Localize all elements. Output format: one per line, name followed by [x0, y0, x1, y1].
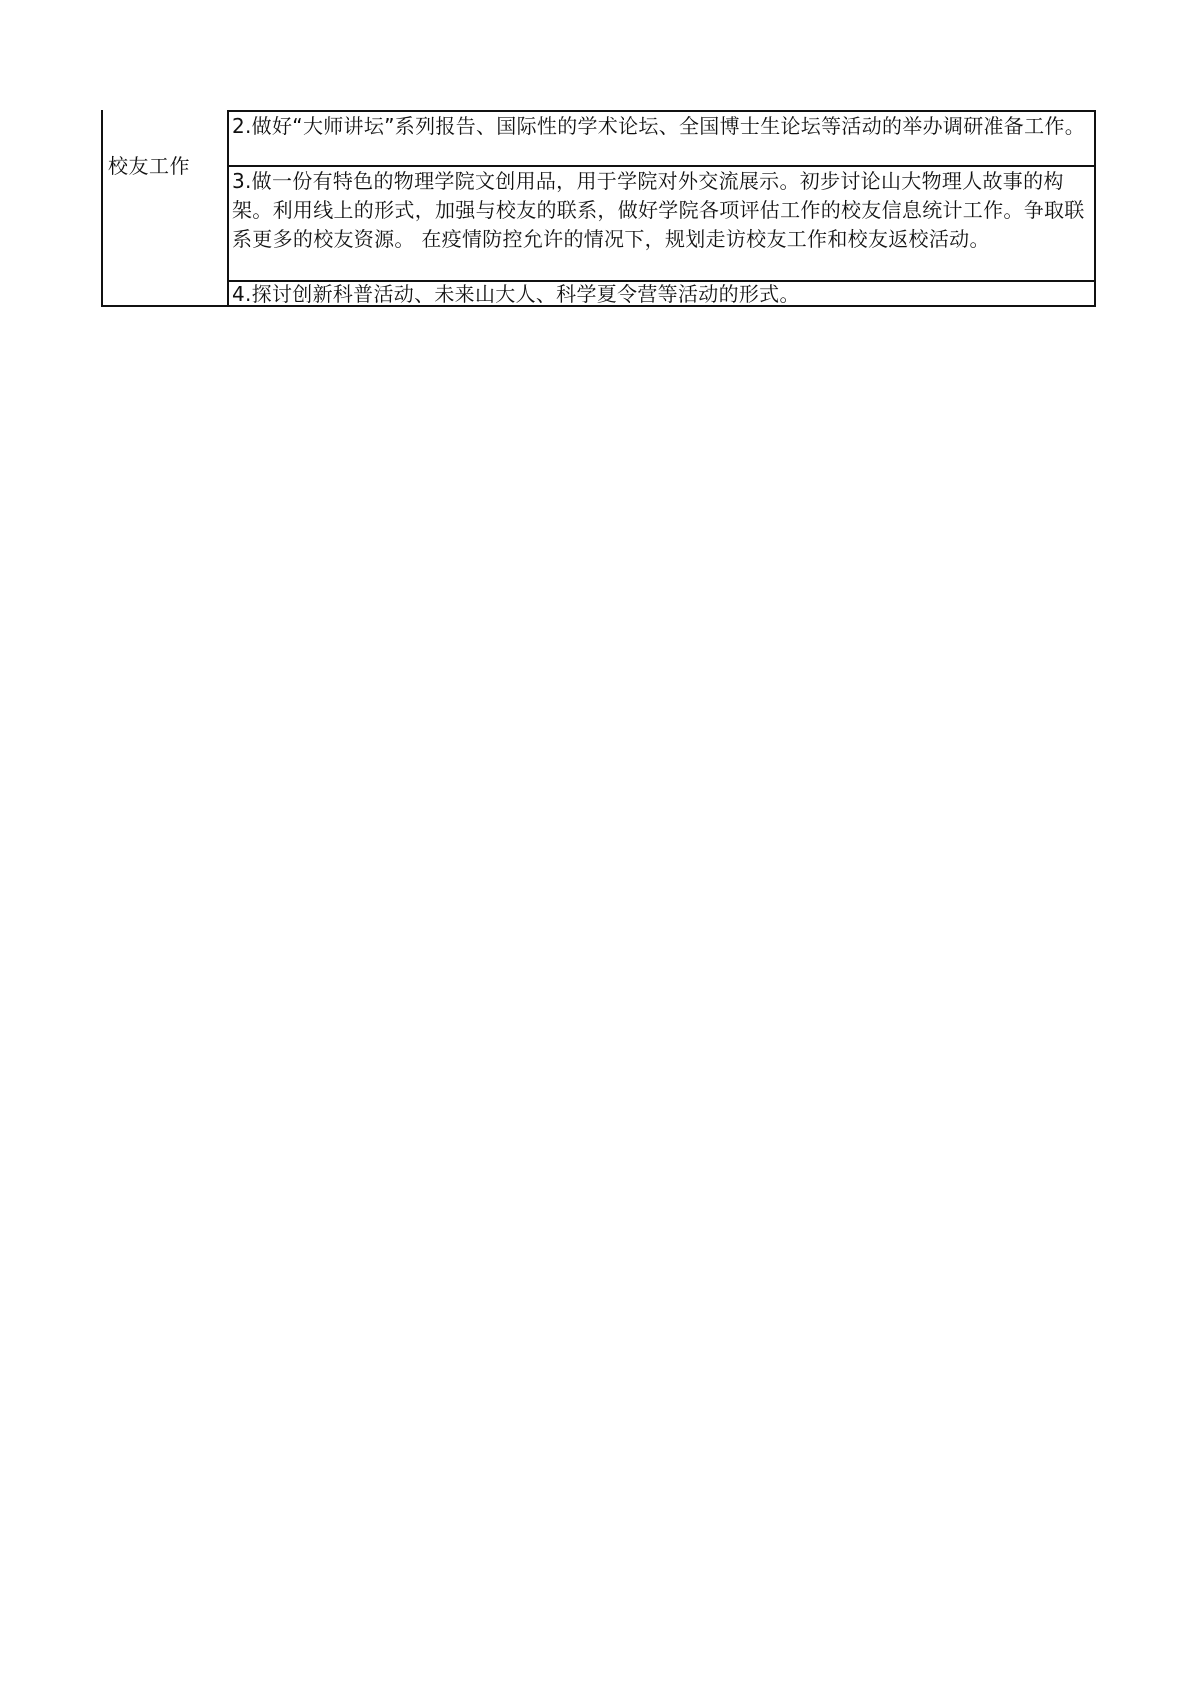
document-page: 校友工作 2.做好“大师讲坛”系列报告、国际性的学术论坛、全国博士生论坛等活动的…: [0, 0, 1199, 1696]
table-row: 4.探讨创新科普活动、未来山大人、科学夏令营等活动的形式。: [227, 280, 1096, 307]
category-label: 校友工作: [108, 154, 190, 178]
table-row: 2.做好“大师讲坛”系列报告、国际性的学术论坛、全国博士生论坛等活动的举办调研准…: [227, 110, 1096, 167]
work-plan-table: 校友工作 2.做好“大师讲坛”系列报告、国际性的学术论坛、全国博士生论坛等活动的…: [101, 110, 1096, 307]
item-text: 3.做一份有特色的物理学院文创用品，用于学院对外交流展示。初步讨论山大物理人故事…: [232, 167, 1086, 254]
table-row: 3.做一份有特色的物理学院文创用品，用于学院对外交流展示。初步讨论山大物理人故事…: [227, 165, 1096, 282]
item-text: 2.做好“大师讲坛”系列报告、国际性的学术论坛、全国博士生论坛等活动的举办调研准…: [232, 112, 1086, 141]
items-column: 2.做好“大师讲坛”系列报告、国际性的学术论坛、全国博士生论坛等活动的举办调研准…: [227, 110, 1096, 307]
item-text: 4.探讨创新科普活动、未来山大人、科学夏令营等活动的形式。: [232, 280, 1086, 307]
category-cell: 校友工作: [101, 110, 227, 307]
